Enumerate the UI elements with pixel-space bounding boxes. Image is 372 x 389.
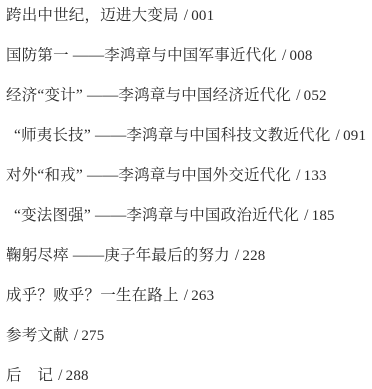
toc-entry-page: 001 [191, 8, 214, 24]
toc-entry-page: 133 [304, 168, 327, 184]
toc-entry: 跨出中世纪，迈进大变局/001 [6, 6, 368, 26]
toc-entry-title: 经济“变计” ——李鸿章与中国经济近代化 [6, 87, 291, 104]
toc-entry-title: “变法图强” ——李鸿章与中国政治近代化 [14, 207, 299, 224]
toc-entry-title: 对外“和戎” ——李鸿章与中国外交近代化 [6, 167, 291, 184]
toc-entry-page: 228 [242, 248, 265, 264]
toc-page: 跨出中世纪，迈进大变局/001 国防第一 ——李鸿章与中国军事近代化/008 经… [0, 0, 372, 389]
toc-entry-page: 052 [304, 88, 327, 104]
toc-entry-page: 008 [290, 48, 313, 64]
toc-entry: 经济“变计” ——李鸿章与中国经济近代化/052 [6, 86, 368, 106]
toc-separator: / [336, 127, 341, 144]
toc-separator: / [304, 207, 309, 224]
toc-entry-page: 263 [191, 288, 214, 304]
toc-entry: 国防第一 ——李鸿章与中国军事近代化/008 [6, 46, 368, 66]
toc-entry: 后 记/288 [6, 366, 368, 386]
toc-entry-title: 参考文献 [6, 327, 69, 344]
toc-entry: 鞠躬尽瘁 ——庚子年最后的努力/228 [6, 246, 368, 266]
toc-entry-title: 后 记 [6, 367, 53, 384]
toc-separator: / [184, 287, 189, 304]
toc-entry: 成乎？败乎？一生在路上/263 [6, 286, 368, 306]
toc-entry-page: 275 [81, 328, 104, 344]
toc-entry-title: “师夷长技” ——李鸿章与中国科技文教近代化 [14, 127, 331, 144]
toc-separator: / [282, 47, 287, 64]
toc-entry-title: 成乎？败乎？一生在路上 [6, 287, 179, 304]
toc-entry: 参考文献/275 [6, 326, 368, 346]
toc-separator: / [296, 87, 301, 104]
toc-entry: “师夷长技” ——李鸿章与中国科技文教近代化/091 [6, 126, 368, 146]
toc-entry-title: 国防第一 ——李鸿章与中国军事近代化 [6, 47, 277, 64]
toc-entry: “变法图强” ——李鸿章与中国政治近代化/185 [6, 206, 368, 226]
toc-separator: / [58, 367, 63, 384]
toc-separator: / [74, 327, 79, 344]
toc-entry-title: 跨出中世纪，迈进大变局 [6, 7, 179, 24]
toc-entry-page: 288 [66, 368, 89, 384]
toc-entry: 对外“和戎” ——李鸿章与中国外交近代化/133 [6, 166, 368, 186]
toc-entry-page: 091 [343, 128, 366, 144]
toc-entry-page: 185 [312, 208, 335, 224]
toc-separator: / [235, 247, 240, 264]
toc-entry-title: 鞠躬尽瘁 ——庚子年最后的努力 [6, 247, 230, 264]
toc-separator: / [184, 7, 189, 24]
toc-separator: / [296, 167, 301, 184]
